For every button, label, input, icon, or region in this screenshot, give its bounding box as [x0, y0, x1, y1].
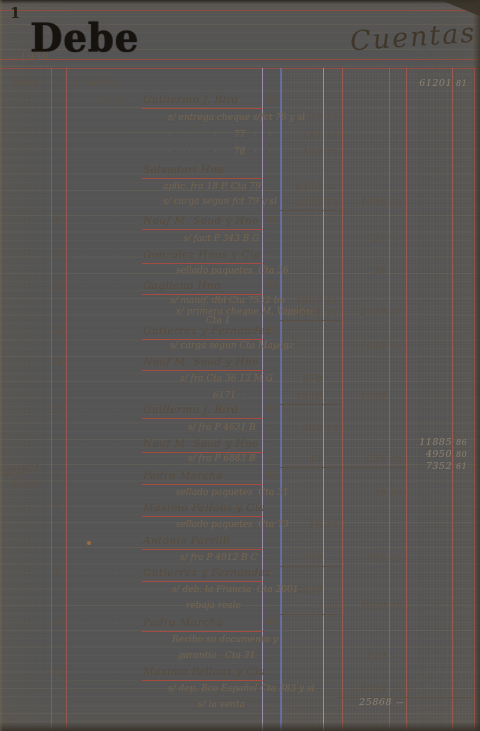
folio-ditto-mark: ·: [269, 392, 272, 403]
entry-name: Gonzalez Hnos y Cía: [143, 249, 260, 261]
month-ditto-mark: ·: [25, 327, 28, 338]
entry-name: Nauf M. Saud y Hno: [143, 215, 259, 227]
folio-number: 81: [263, 216, 281, 226]
entry-detail: · · · 77 · ·: [168, 130, 271, 140]
ditto-mark: ·: [84, 504, 87, 515]
ditto-mark: ·: [84, 406, 87, 417]
entry-detail: garantia Cta 31: [178, 651, 255, 661]
day-number: 6: [46, 216, 70, 227]
photo-edge-left: [0, 0, 2, 731]
amount-units: 11885: [419, 437, 452, 448]
amount-cents: —: [391, 235, 400, 244]
month-ditto-mark: ·: [25, 668, 28, 679]
folio-ditto-mark: ·: [269, 342, 272, 353]
page-number: 1: [10, 4, 20, 22]
folio-ditto-mark: ·: [269, 668, 272, 679]
month-ditto-mark: ·: [25, 282, 28, 293]
amount-cents: 10: [391, 685, 402, 694]
amount-cents: —: [391, 267, 400, 276]
ditto-dash: -: [86, 93, 91, 105]
amount-sum-line: [279, 614, 342, 615]
amount-units: 43: [309, 454, 322, 465]
amount-units: 770: [302, 553, 322, 564]
ditto-mark: ·: [84, 217, 87, 228]
amount-cents: 50: [391, 602, 402, 611]
day-number: 5: [46, 471, 70, 482]
amount-units: 1297: [296, 296, 322, 307]
folio-number: 86: [263, 618, 281, 628]
column-rule: [406, 68, 407, 731]
amount-cents: 80: [456, 450, 467, 459]
photo-edge-top: [0, 0, 480, 4]
amount-units: 61201: [419, 78, 452, 89]
ditto-mark: ·: [84, 358, 87, 369]
entry-detail: s/ deb. la Francia Cta 2001: [172, 585, 299, 595]
column-rule: [389, 68, 390, 731]
amount-units: 786: [366, 553, 386, 564]
ditto-mark: ·: [114, 358, 117, 369]
total-rule-line: [337, 697, 473, 698]
amount-units: 262: [302, 423, 322, 434]
amount-sum-line: [279, 320, 342, 321]
name-underline: [142, 229, 263, 230]
entry-detail: · · · 78 · ·: [168, 147, 271, 157]
name-underline: [142, 549, 263, 550]
entry-detail: s/ primera cheque M. Vapores: [176, 307, 313, 317]
amount-units: 4950: [426, 449, 452, 460]
month-ditto-mark: ·: [25, 440, 28, 451]
ditto-mark: ·: [114, 619, 117, 630]
entry-name: Maximo Pellous y Cía: [143, 502, 265, 514]
amount-cents: 61: [456, 462, 467, 471]
folio-ditto-mark: ·: [269, 586, 272, 597]
column-rule: [280, 68, 282, 731]
amount-cents: —: [327, 183, 336, 192]
amount-units: 25868: [359, 697, 392, 708]
entry-detail: s/ carga segun Cta Mayagz: [170, 341, 294, 351]
folio-number: 82: [263, 281, 281, 291]
entry-detail: s/ fra P 6883 B: [188, 454, 256, 464]
folio-ditto-mark: ·: [269, 554, 272, 565]
amount-units: 111: [302, 130, 322, 141]
entry-detail: aplic. fra 18 P. Cta 79: [163, 182, 261, 192]
name-underline: [142, 108, 263, 109]
photo-edge-bottom: [0, 722, 480, 731]
folio-ditto-mark: ·: [269, 251, 272, 262]
month-label: Enero: [12, 479, 42, 490]
amount-units: 570: [302, 374, 322, 385]
cuentas-title: Cuentas: [349, 18, 477, 58]
amount-units: 305: [366, 454, 386, 465]
day-number: 10: [46, 618, 70, 629]
amount-cents: —: [396, 698, 405, 707]
amount-units: 2600: [360, 601, 386, 612]
month-ditto-mark: ·: [25, 96, 28, 107]
column-rule: [51, 68, 52, 731]
year-margin-note: A/1931: [4, 463, 41, 479]
amount-units: 1330: [296, 391, 322, 402]
amount-cents: 60: [391, 489, 402, 498]
entry-detail: s/ fra P 4912 B C: [180, 553, 257, 563]
amount-units: 2363: [296, 197, 322, 208]
folio-ditto-mark: ·: [269, 489, 272, 500]
ditto-mark: ·: [114, 440, 117, 451]
amount-sum-line: [279, 404, 342, 405]
ink-stain: [87, 541, 91, 545]
entry-name: Maximo Pellous y Cía: [143, 666, 265, 678]
folio-number: 83: [263, 326, 281, 336]
ditto-mark: ·: [114, 537, 117, 548]
ledger-page: 1 Debe 1930 Cuentas Dicbr.1A Saldo612018…: [0, 0, 480, 731]
ditto-mark: ·: [114, 406, 117, 417]
entry-detail: s/ dep. Bco Español Cta 383 y sl: [168, 684, 315, 694]
ditto-mark: ·: [114, 327, 117, 338]
day-number: 1: [46, 78, 70, 89]
ditto-mark: ·: [114, 668, 117, 679]
amount-cents: —: [391, 652, 400, 661]
name-underline: [142, 370, 263, 371]
ditto-mark: ·: [84, 440, 87, 451]
ditto-mark: ·: [114, 251, 117, 262]
ditto-mark: ·: [84, 668, 87, 679]
ditto-mark: ·: [114, 569, 117, 580]
day-number: 26: [46, 326, 70, 337]
year-note: 1930: [20, 51, 50, 64]
month-label: Dicbr.: [12, 78, 42, 89]
column-rule: [342, 68, 343, 731]
entry-detail: s/ fact P 343 B G: [183, 234, 259, 244]
amount-units: 1491: [296, 307, 322, 318]
amount-cents: 50: [391, 455, 402, 464]
name-underline: [142, 581, 263, 582]
amount-units: 2789: [360, 307, 386, 318]
entry-name: Guillermo J. Bird: [143, 94, 239, 106]
month-ditto-mark: ·: [25, 619, 28, 630]
entry-detail: s/ fra Cta 36 13 M G: [180, 374, 273, 384]
amount-units: 39: [373, 488, 386, 499]
folio-ditto-mark: ·: [269, 114, 272, 125]
total-rule-line: [278, 467, 406, 468]
ditto-mark: ·: [84, 251, 87, 262]
day-number: 20: [46, 281, 70, 292]
amount-units: 4796: [360, 197, 386, 208]
folio-ditto-mark: ·: [269, 131, 272, 142]
month-ditto-mark: ·: [25, 406, 28, 417]
entry-name: Pedro Marcha: [143, 470, 223, 482]
folio-ditto-mark: ·: [269, 424, 272, 435]
entry-name: Pedro Marcha: [143, 617, 223, 629]
month-ditto-mark: ·: [25, 217, 28, 228]
ditto-mark: ·: [84, 282, 87, 293]
entry-detail: Recibo su documento y: [172, 635, 278, 645]
column-rule: [66, 68, 67, 731]
month-ditto-mark: ·: [25, 504, 28, 515]
day-number: 2: [46, 95, 70, 106]
ditto-mark: ·: [84, 619, 87, 630]
entry-name: Antonio Parrilli: [143, 535, 230, 547]
entry-name: Gagliano Hno: [143, 280, 221, 292]
entry-detail: 6171 ·: [213, 391, 245, 401]
amount-units: 110: [366, 651, 386, 662]
amount-cents: 81: [456, 79, 467, 88]
folio-ditto-mark: ·: [269, 455, 272, 466]
header-rule-top: [0, 10, 480, 11]
folio-ditto-mark: ·: [269, 440, 272, 451]
amount-units: 87: [309, 113, 322, 124]
folio-number: 84: [263, 405, 281, 415]
column-rule: [452, 68, 453, 731]
amount-cents: 27: [391, 308, 402, 317]
amount-cents: 50: [327, 198, 338, 207]
amount-units: 2600: [296, 585, 322, 596]
amount-cents: 85: [327, 521, 338, 530]
folio-ditto-mark: ·: [269, 183, 272, 194]
folio-ditto-mark: ·: [269, 504, 272, 515]
amount-sum-line: [279, 566, 342, 567]
folio-ditto-mark: ·: [269, 602, 272, 613]
amount-cents: 86: [327, 308, 338, 317]
amount-cents: 70: [327, 148, 338, 157]
folio-ditto-mark: ·: [269, 198, 272, 209]
month-ditto-mark: ·: [25, 251, 28, 262]
amount-units: 25: [373, 234, 386, 245]
day-number: 9: [46, 250, 70, 261]
amount-cents: 86: [456, 438, 467, 447]
entry-name: Salvadori Hno: [143, 164, 224, 176]
folio-ditto-mark: ·: [269, 701, 272, 712]
amount-cents: 27: [327, 114, 338, 123]
amount-units: 1900: [360, 391, 386, 402]
amount-cents: 50: [327, 424, 338, 433]
amount-cents: 60: [391, 342, 402, 351]
entry-detail: s/ carga segun fct 79 y sl: [163, 197, 277, 207]
folio-ditto-mark: ·: [269, 652, 272, 663]
day-number: 29: [46, 357, 70, 368]
entry-name: Gutierrez y Fernandez: [143, 325, 271, 337]
entry-name: Nauf M. Saud y Hno: [143, 356, 259, 368]
ditto-mark: ·: [84, 569, 87, 580]
day-number: 8: [46, 568, 70, 579]
folio-ditto-mark: ·: [269, 358, 272, 369]
name-underline: [142, 418, 263, 419]
ditto-mark: ·: [114, 217, 117, 228]
amount-units: 1000: [360, 684, 386, 695]
amount-units: 7352: [426, 461, 452, 472]
folio-ditto-mark: ·: [269, 569, 272, 580]
ditto-mark: ·: [114, 504, 117, 515]
header-rule-2: [0, 68, 480, 69]
name-underline: [142, 178, 263, 179]
name-underline: [142, 484, 263, 485]
amount-cents: 50: [391, 198, 402, 207]
folio-ditto-mark: ·: [269, 685, 272, 696]
photo-edge-right: [473, 0, 480, 731]
day-number: 31: [46, 405, 70, 416]
name-underline: [142, 516, 263, 517]
amount-units: 16: [309, 520, 322, 531]
amount-units: 109: [302, 147, 322, 158]
month-ditto-mark: ·: [25, 569, 28, 580]
folio-ditto-mark: ·: [269, 235, 272, 246]
name-underline: [142, 680, 263, 681]
ditto-mark: ·: [114, 282, 117, 293]
entry-detail: s/ fra P 4631 B: [188, 423, 256, 433]
folio-number: 86: [263, 471, 281, 481]
month-ditto-mark: ·: [25, 537, 28, 548]
amount-sum-line: [279, 210, 342, 211]
month-ditto-mark: ·: [25, 358, 28, 369]
day-number: 12: [46, 667, 70, 678]
amount-units: 7000: [360, 341, 386, 352]
entry-lead: A Saldo: [72, 77, 120, 89]
amount-units: 2163: [296, 182, 322, 193]
folio-ditto-mark: ·: [269, 267, 272, 278]
entry-name: Guillermo J. Bird: [143, 404, 239, 416]
entry-name: Gutierrez y Fernandez: [143, 567, 271, 579]
folio-ditto-mark: ·: [269, 375, 272, 386]
amount-cents: 41: [327, 297, 338, 306]
amount-cents: 85: [391, 554, 402, 563]
folio-ditto-mark: ·: [269, 521, 272, 532]
amount-units: 36: [373, 266, 386, 277]
folio-ditto-mark: ·: [269, 166, 272, 177]
entry-detail: s/ manif. dbl Cta 7532 bo: [170, 296, 285, 306]
column-rule: [323, 68, 324, 731]
name-underline: [142, 631, 263, 632]
entry-detail: rebaja reale: [186, 601, 241, 611]
name-underline: [142, 263, 263, 264]
amount-units: ·: [318, 601, 322, 612]
entry-detail: s/ entrega cheque s/fct 76 y sl: [168, 113, 305, 123]
folio-ditto-mark: ·: [269, 148, 272, 159]
amount-cents: 50: [327, 131, 338, 140]
entry-detail: s/ la venta: [198, 700, 245, 710]
folio-ditto-mark: ·: [269, 636, 272, 647]
amount-cents: 50: [327, 602, 338, 611]
folio-number: 80: [263, 95, 281, 105]
ditto-mark: ·: [84, 327, 87, 338]
day-number: 7: [46, 503, 70, 514]
folio-ditto-mark: ·: [269, 537, 272, 548]
caja-label: Caja: [98, 94, 126, 106]
entry-name: Nauf M. Saud y Hno: [143, 438, 259, 450]
